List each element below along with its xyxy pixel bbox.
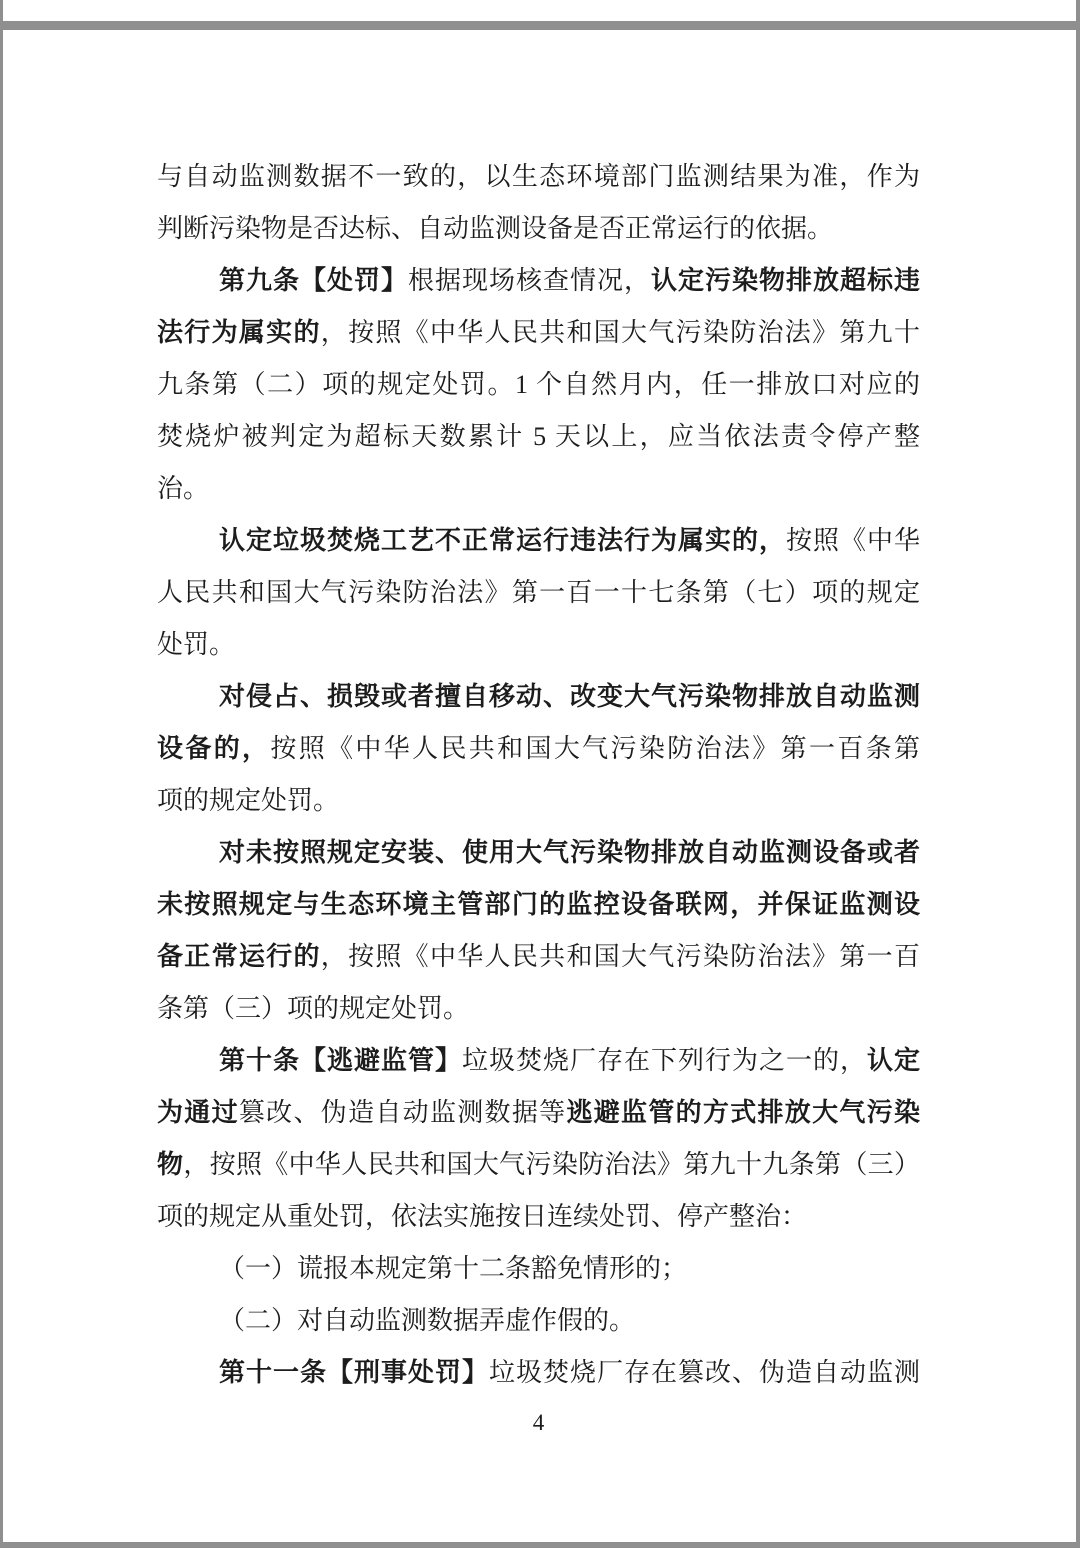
text-segment: 与自动监测数据不一致的，以生态环境部门监测结果为准，作为 [157, 162, 920, 191]
text-segment: 条第（三）项的规定处罚。 [157, 994, 469, 1023]
text-line: 物，按照《中华人民共和国大气污染防治法》第九十九条第（三） [157, 1139, 920, 1191]
text-segment: 根据现场核查情况， [408, 266, 651, 295]
text-line: 法行为属实的，按照《中华人民共和国大气污染防治法》第九十 [157, 307, 920, 359]
text-segment: 对未按照规定安装、使用大气污染物排放自动监测设备或者 [219, 838, 920, 867]
text-segment: 第九条【处罚】 [219, 266, 408, 295]
text-line: 对侵占、损毁或者擅自移动、改变大气污染物排放自动监测 [157, 671, 920, 723]
text-segment: 项的规定从重处罚，依法实施按日连续处罚、停产整治： [157, 1202, 807, 1231]
text-line: 为通过篡改、伪造自动监测数据等逃避监管的方式排放大气污染 [157, 1087, 920, 1139]
text-line: 第十条【逃避监管】垃圾焚烧厂存在下列行为之一的，认定 [157, 1035, 920, 1087]
text-line: 项的规定从重处罚，依法实施按日连续处罚、停产整治： [157, 1191, 920, 1243]
text-line: 人民共和国大气污染防治法》第一百一十七条第（七）项的规定 [157, 567, 920, 619]
previous-page-bottom-edge [3, 0, 1076, 21]
document-viewer: { "viewer": { "background_color": "#8f8f… [0, 0, 1080, 1548]
text-line: 项的规定处罚。 [157, 775, 920, 827]
text-line: 判断污染物是否达标、自动监测设备是否正常运行的依据。 [157, 203, 920, 255]
bottom-page-gap [0, 1542, 1080, 1548]
text-segment: ，按照《中华人民共和国大气污染防治法》第九十 [321, 318, 920, 347]
text-segment: 项的规定处罚。 [157, 786, 339, 815]
text-line: 处罚。 [157, 619, 920, 671]
text-line: 焚烧炉被判定为超标天数累计 5 天以上，应当依法责令停产整 [157, 411, 920, 463]
text-segment: 物 [157, 1150, 183, 1179]
text-line: 九条第（二）项的规定处罚。1 个自然月内，任一排放口对应的 [157, 359, 920, 411]
page-number: 4 [157, 1405, 920, 1441]
text-segment: 为通过 [157, 1098, 239, 1127]
text-segment: 篡改、伪造自动监测数据等 [239, 1098, 567, 1127]
text-segment: ，按照《中华人民共和国大气污染防治法》第一百 [321, 942, 920, 971]
text-segment: 设备的， [157, 734, 270, 763]
text-line: 认定垃圾焚烧工艺不正常运行违法行为属实的，按照《中华 [157, 515, 920, 567]
text-line: 与自动监测数据不一致的，以生态环境部门监测结果为准，作为 [157, 151, 920, 203]
text-segment: 未按照规定与生态环境主管部门的监控设备联网，并保证监测设 [157, 890, 920, 919]
text-segment: （一）谎报本规定第十二条豁免情形的； [219, 1254, 687, 1283]
text-segment: 九条第（二）项的规定处罚。1 个自然月内，任一排放口对应的 [157, 370, 920, 399]
text-line: 备正常运行的，按照《中华人民共和国大气污染防治法》第一百 [157, 931, 920, 983]
text-segment: 处罚。 [157, 630, 235, 659]
text-segment: 判断污染物是否达标、自动监测设备是否正常运行的依据。 [157, 214, 833, 243]
document-lines: 与自动监测数据不一致的，以生态环境部门监测结果为准，作为判断污染物是否达标、自动… [157, 151, 920, 1399]
text-line: （一）谎报本规定第十二条豁免情形的； [157, 1243, 920, 1295]
text-segment: 逃避监管的方式排放大气污染 [566, 1098, 920, 1127]
page-gap-separator [0, 21, 1080, 30]
text-segment: ，按照《中华人民共和国大气污染防治法》第九十九条第（三） [183, 1150, 920, 1179]
text-segment: 备正常运行的 [157, 942, 321, 971]
text-segment: 认定垃圾焚烧工艺不正常运行违法行为属实的， [219, 526, 786, 555]
text-segment: 认定污染物排放超标违 [651, 266, 920, 295]
text-segment: 按照《中华人民共和国大气污染防治法》第一百条第（一） [157, 734, 920, 775]
text-segment: 对侵占、损毁或者擅自移动、改变大气污染物排放自动监测 [219, 682, 920, 711]
text-segment: 治。 [157, 474, 209, 503]
text-segment: 认定 [867, 1046, 920, 1075]
text-line: 治。 [157, 463, 920, 515]
text-segment: 第十一条【刑事处罚】 [219, 1358, 489, 1387]
text-segment: 焚烧炉被判定为超标天数累计 5 天以上，应当依法责令停产整 [157, 422, 920, 451]
text-segment: 按照《中华 [786, 526, 920, 555]
document-text-block: 与自动监测数据不一致的，以生态环境部门监测结果为准，作为判断污染物是否达标、自动… [157, 151, 920, 1441]
text-line: 第十一条【刑事处罚】垃圾焚烧厂存在篡改、伪造自动监测 [157, 1347, 920, 1399]
text-line: 对未按照规定安装、使用大气污染物排放自动监测设备或者 [157, 827, 920, 879]
text-line: 第九条【处罚】根据现场核查情况，认定污染物排放超标违 [157, 255, 920, 307]
text-segment: 法行为属实的 [157, 318, 321, 347]
document-page: 与自动监测数据不一致的，以生态环境部门监测结果为准，作为判断污染物是否达标、自动… [3, 30, 1076, 1542]
text-line: 未按照规定与生态环境主管部门的监控设备联网，并保证监测设 [157, 879, 920, 931]
text-segment: 垃圾焚烧厂存在下列行为之一的， [462, 1046, 867, 1075]
text-line: 设备的，按照《中华人民共和国大气污染防治法》第一百条第（一） [157, 723, 920, 775]
text-line: （二）对自动监测数据弄虚作假的。 [157, 1295, 920, 1347]
text-segment: 第十条【逃避监管】 [219, 1046, 462, 1075]
text-segment: 人民共和国大气污染防治法》第一百一十七条第（七）项的规定 [157, 578, 920, 607]
text-line: 条第（三）项的规定处罚。 [157, 983, 920, 1035]
text-segment: 垃圾焚烧厂存在篡改、伪造自动监测 [489, 1358, 920, 1387]
text-segment: （二）对自动监测数据弄虚作假的。 [219, 1306, 635, 1335]
